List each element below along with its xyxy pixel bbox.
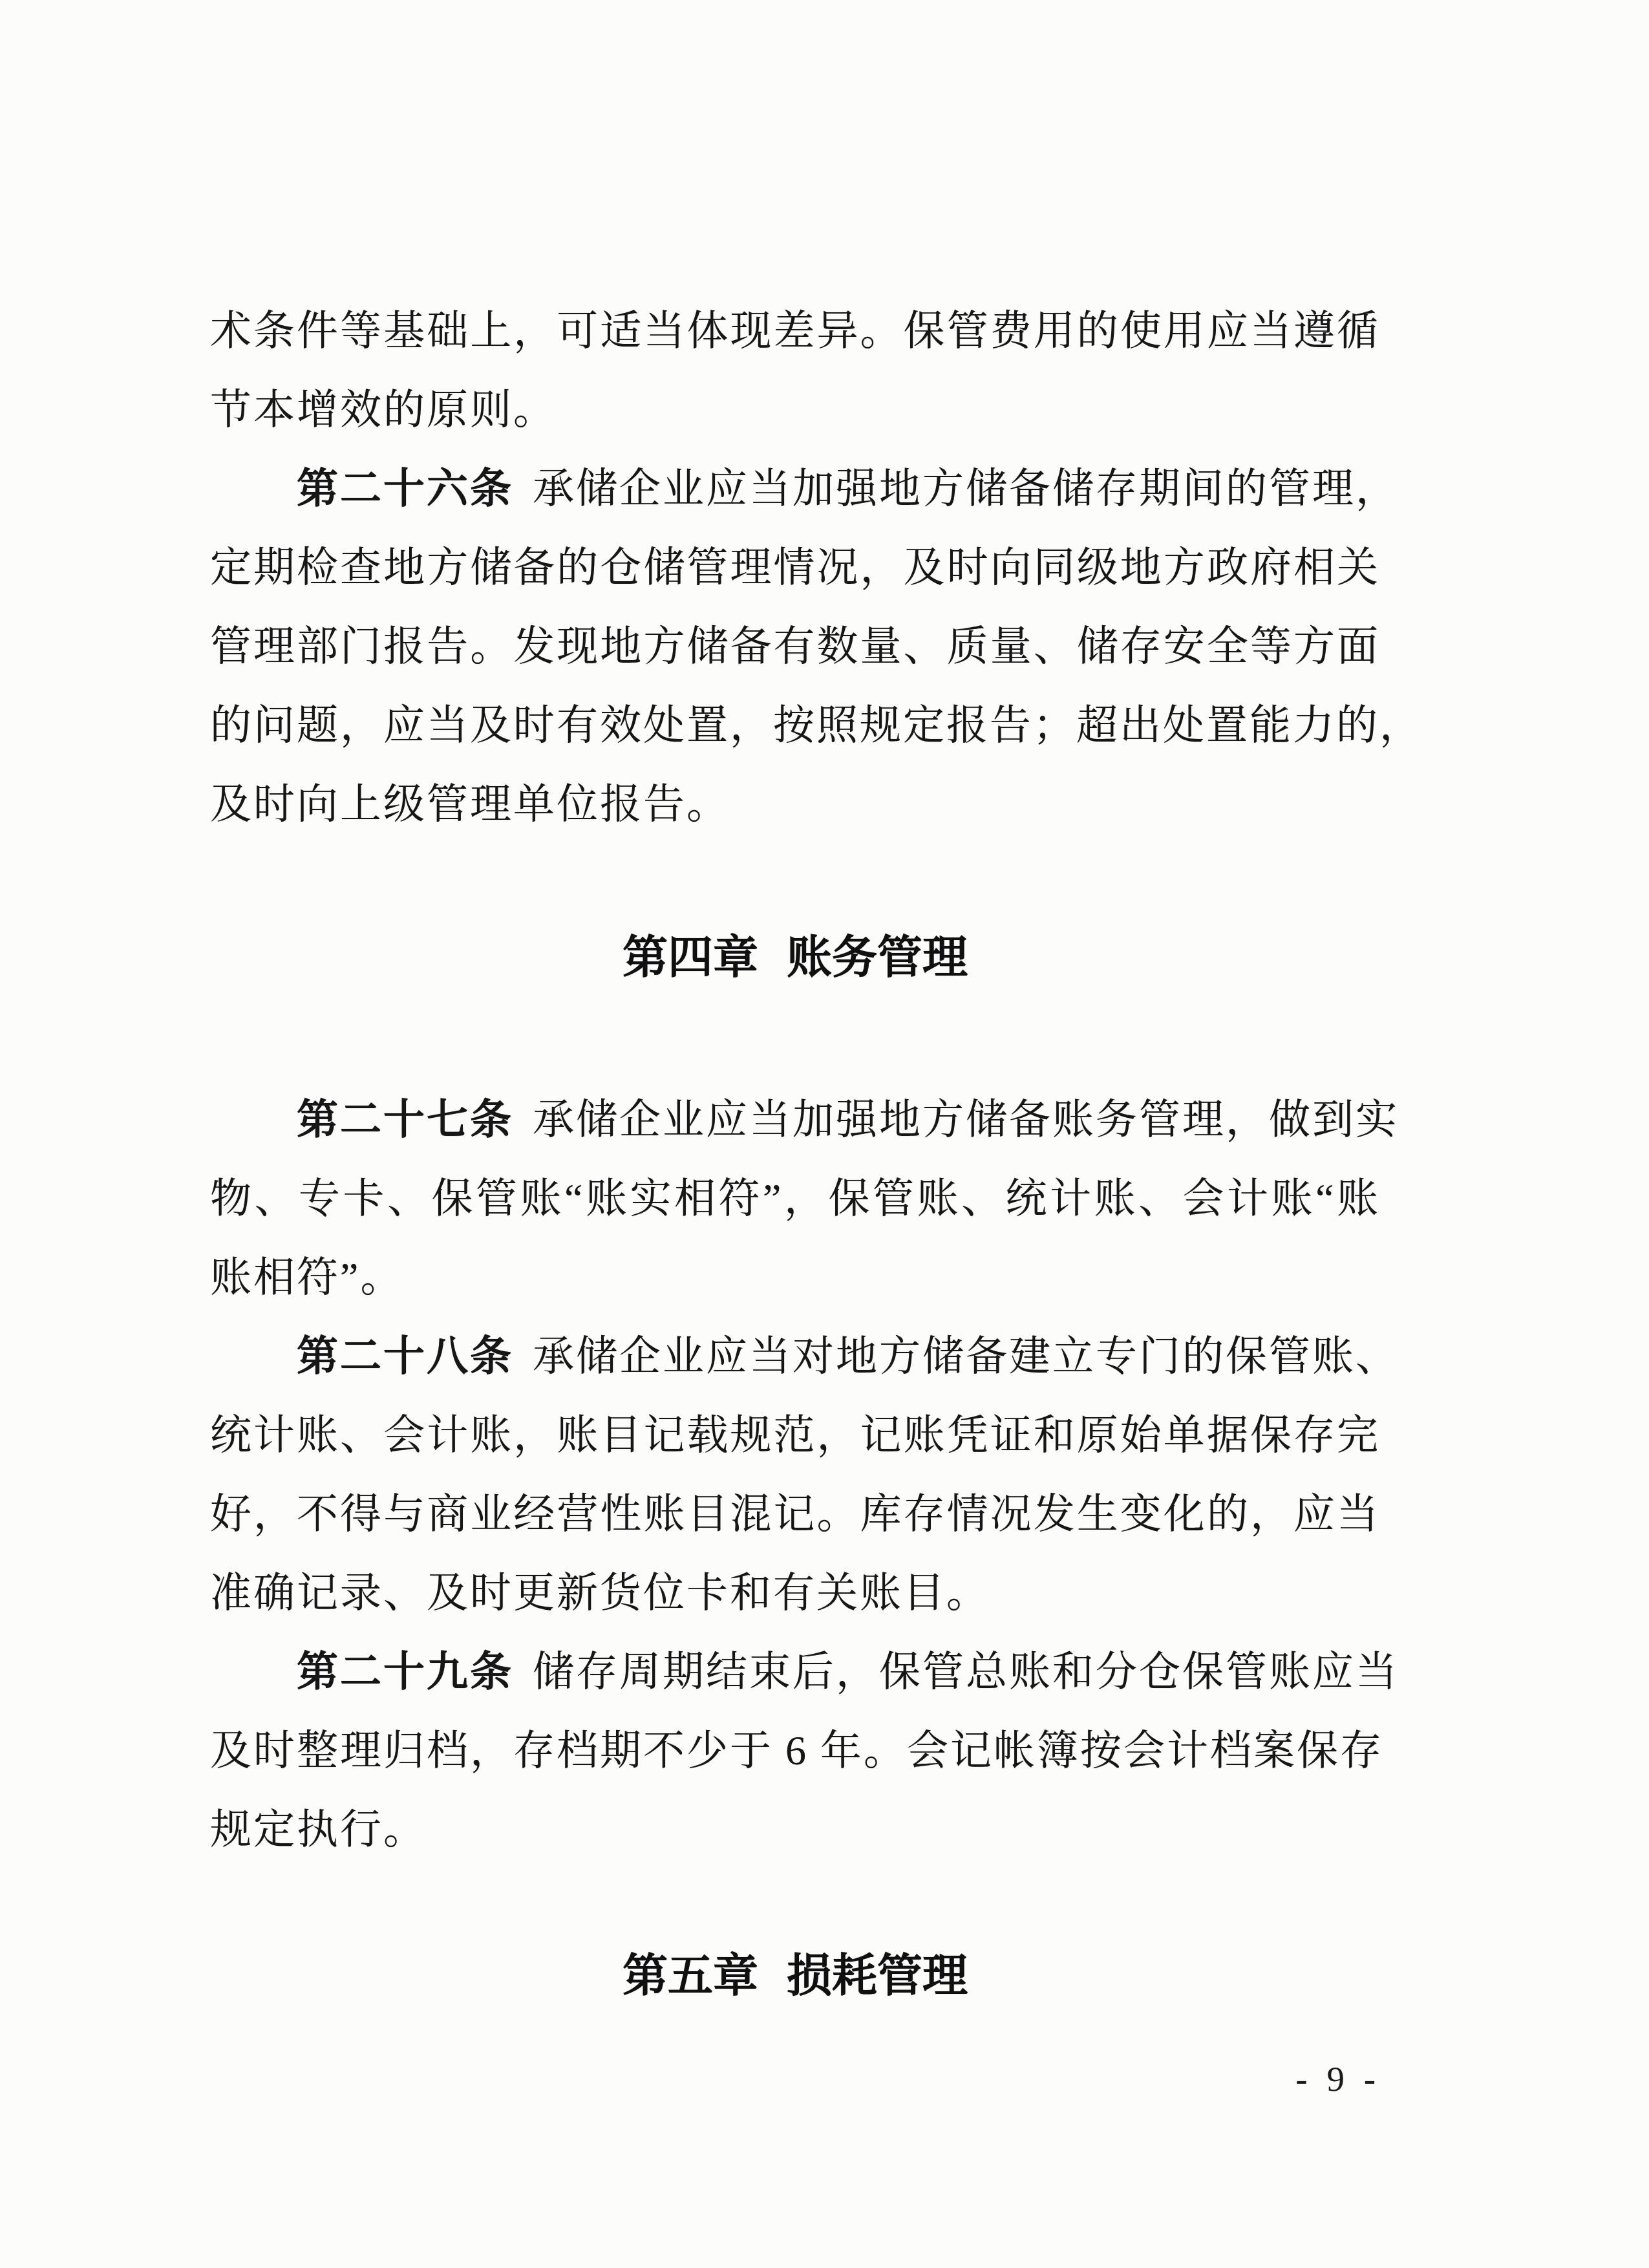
article-26-label: 第二十六条 (297, 465, 513, 511)
article-26-text: 承储企业应当加强地方储备储存期间的管理， (533, 465, 1399, 511)
chapter-4-title: 账务管理 (787, 934, 968, 983)
article-28-label: 第二十八条 (297, 1333, 513, 1379)
chapter-5-title: 损耗管理 (787, 1952, 968, 2002)
body-line: 好，不得与商业经营性账目混记。库存情况发生变化的，应当 (210, 1475, 1380, 1554)
body-line: 管理部门报告。发现地方储备有数量、质量、储存安全等方面 (210, 607, 1380, 686)
text-column: 术条件等基础上，可适当体现差异。保管费用的使用应当遵循 节本增效的原则。 第二十… (210, 292, 1380, 2017)
article-28-first-line: 第二十八条承储企业应当对地方储备建立专门的保管账、 (210, 1317, 1380, 1396)
chapter-4-number: 第四章 (622, 934, 758, 983)
body-line: 定期检查地方储备的仓储管理情况，及时向同级地方政府相关 (210, 528, 1380, 607)
body-line: 的问题，应当及时有效处置，按照规定报告；超出处置能力的， (210, 686, 1380, 765)
article-29-text: 储存周期结束后，保管总账和分仓保管账应当 (533, 1649, 1399, 1695)
body-line: 规定执行。 (210, 1790, 1380, 1869)
body-line: 统计账、会计账，账目记载规范，记账凭证和原始单据保存完 (210, 1396, 1380, 1475)
body-line: 节本增效的原则。 (210, 370, 1380, 449)
article-27-label: 第二十七条 (297, 1097, 513, 1142)
body-line: 准确记录、及时更新货位卡和有关账目。 (210, 1554, 1380, 1632)
chapter-5-heading: 第五章损耗管理 (210, 1938, 1380, 2017)
document-page: 术条件等基础上，可适当体现差异。保管费用的使用应当遵循 节本增效的原则。 第二十… (0, 0, 1649, 2268)
article-28-text: 承储企业应当对地方储备建立专门的保管账、 (533, 1333, 1399, 1379)
body-line: 及时整理归档，存档期不少于 6 年。会记帐簿按会计档案保存 (210, 1711, 1380, 1790)
body-line: 及时向上级管理单位报告。 (210, 765, 1380, 844)
article-29-first-line: 第二十九条储存周期结束后，保管总账和分仓保管账应当 (210, 1632, 1380, 1711)
chapter-5-number: 第五章 (622, 1952, 758, 2002)
article-26-first-line: 第二十六条承储企业应当加强地方储备储存期间的管理， (210, 449, 1380, 528)
page-number: - 9 - (1295, 2060, 1381, 2099)
article-27-text: 承储企业应当加强地方储备账务管理，做到实 (533, 1097, 1399, 1142)
article-27-first-line: 第二十七条承储企业应当加强地方储备账务管理，做到实 (210, 1080, 1380, 1159)
body-line: 术条件等基础上，可适当体现差异。保管费用的使用应当遵循 (210, 292, 1380, 370)
article-29-label: 第二十九条 (297, 1649, 513, 1695)
body-line: 账相符”。 (210, 1238, 1380, 1317)
body-line: 物、专卡、保管账“账实相符”，保管账、统计账、会计账“账 (210, 1159, 1380, 1238)
chapter-4-heading: 第四章账务管理 (210, 919, 1380, 998)
